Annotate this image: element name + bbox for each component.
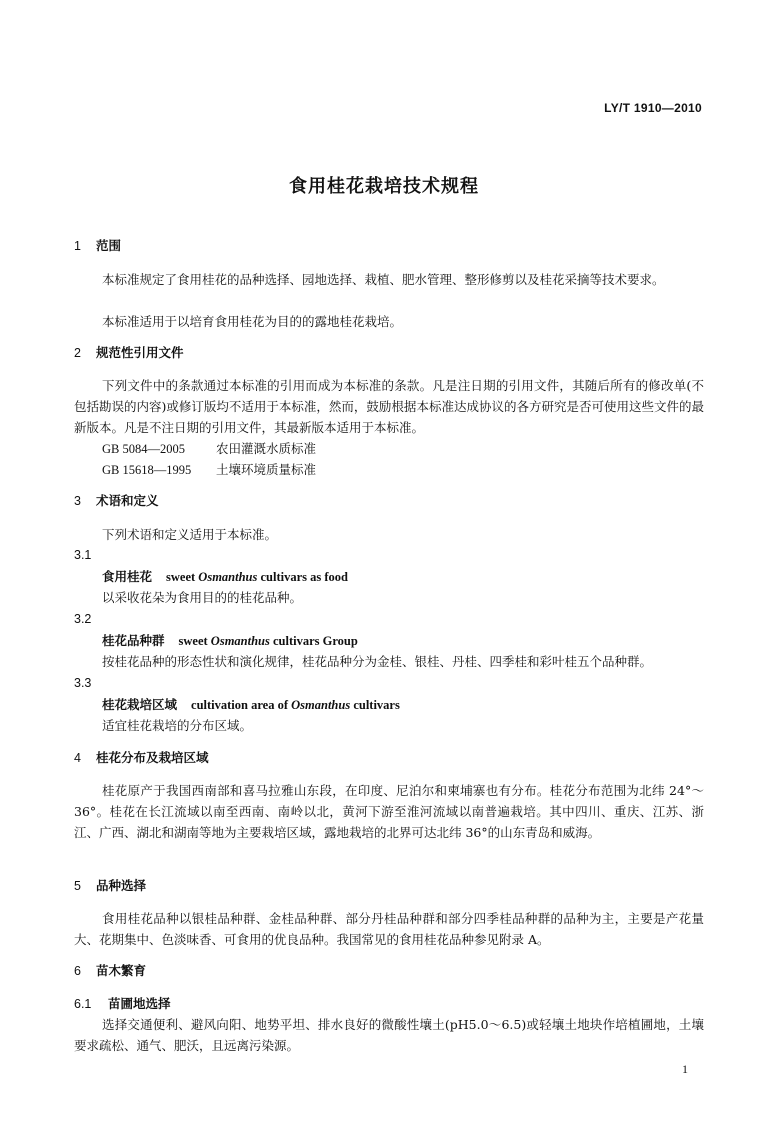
section-number: 4: [74, 748, 96, 769]
reference-code: GB 15618—1995: [102, 460, 216, 481]
section-title: 范围: [96, 238, 121, 253]
term-number: 3.3: [74, 673, 704, 694]
term-heading: 桂花栽培区域cultivation area of Osmanthus cult…: [74, 694, 732, 716]
term-definition: 按桂花品种的形态性状和演化规律，桂花品种分为金桂、银桂、丹桂、四季桂和彩叶桂五个…: [74, 651, 732, 672]
document-page: LY/T 1910—2010 食用桂花栽培技术规程 1范围 本标准规定了食用桂花…: [0, 0, 768, 1122]
term-en-text: cultivars: [350, 698, 400, 712]
section-title: 桂花分布及栽培区域: [96, 750, 209, 765]
section-number: 2: [74, 343, 96, 364]
reference-item: GB 5084—2005农田灌溉水质标准: [74, 438, 732, 460]
section-number: 5: [74, 876, 96, 897]
section-1-heading: 1范围: [74, 235, 704, 257]
subsection-6-1-heading: 6.1苗圃地选择: [74, 993, 704, 1015]
section-number: 3: [74, 491, 96, 512]
section-1-paragraph-2: 本标准适用于以培育食用桂花为目的的露地桂花栽培。: [74, 311, 704, 332]
page-number: 1: [682, 1062, 688, 1077]
term-en: cultivation area of Osmanthus cultivars: [191, 698, 400, 712]
term-en-text: cultivars as food: [257, 570, 348, 584]
term-zh: 桂花栽培区域: [102, 697, 177, 712]
section-5-paragraph-1: 食用桂花品种以银桂品种群、金桂品种群、部分丹桂品种群和部分四季桂品种群的品种为主…: [74, 908, 704, 950]
term-en-text: sweet: [179, 634, 211, 648]
section-4-heading: 4桂花分布及栽培区域: [74, 747, 704, 769]
section-title: 规范性引用文件: [96, 345, 184, 360]
section-3-heading: 3术语和定义: [74, 490, 704, 512]
section-title: 品种选择: [96, 878, 146, 893]
term-en: sweet Osmanthus cultivars as food: [166, 570, 348, 584]
reference-name: 土壤环境质量标准: [216, 462, 316, 477]
section-title: 苗木繁育: [96, 963, 146, 978]
section-5-heading: 5品种选择: [74, 875, 704, 897]
term-en-text: cultivation area of: [191, 698, 291, 712]
term-number: 3.2: [74, 609, 704, 630]
section-2-paragraph-1: 下列文件中的条款通过本标准的引用而成为本标准的条款。凡是注日期的引用文件，其随后…: [74, 375, 704, 438]
reference-item: GB 15618—1995土壤环境质量标准: [74, 459, 732, 481]
term-heading: 桂花品种群sweet Osmanthus cultivars Group: [74, 630, 732, 652]
section-4-paragraph-1: 桂花原产于我国西南部和喜马拉雅山东段，在印度、尼泊尔和柬埔寨也有分布。桂花分布范…: [74, 780, 704, 843]
section-title: 术语和定义: [96, 493, 159, 508]
section-6-heading: 6苗木繁育: [74, 960, 704, 982]
reference-code: GB 5084—2005: [102, 439, 216, 460]
section-1-paragraph-1: 本标准规定了食用桂花的品种选择、园地选择、栽植、肥水管理、整形修剪以及桂花采摘等…: [74, 269, 704, 290]
term-en-italic: Osmanthus: [211, 634, 270, 648]
term-zh: 食用桂花: [102, 569, 152, 584]
document-title: 食用桂花栽培技术规程: [0, 172, 768, 198]
subsection-number: 6.1: [74, 994, 108, 1015]
term-en-italic: Osmanthus: [291, 698, 350, 712]
term-zh: 桂花品种群: [102, 633, 165, 648]
term-number: 3.1: [74, 545, 704, 566]
section-2-heading: 2规范性引用文件: [74, 342, 704, 364]
term-en: sweet Osmanthus cultivars Group: [179, 634, 358, 648]
subsection-title: 苗圃地选择: [108, 996, 171, 1011]
reference-name: 农田灌溉水质标准: [216, 441, 316, 456]
section-3-paragraph-1: 下列术语和定义适用于本标准。: [74, 524, 732, 545]
term-heading: 食用桂花sweet Osmanthus cultivars as food: [74, 566, 732, 588]
standard-code: LY/T 1910—2010: [604, 101, 702, 115]
term-en-text: cultivars Group: [270, 634, 358, 648]
section-number: 1: [74, 236, 96, 257]
section-number: 6: [74, 961, 96, 982]
subsection-6-1-paragraph-1: 选择交通便利、避风向阳、地势平坦、排水良好的微酸性壤土(pH5.0～6.5)或轻…: [74, 1014, 704, 1056]
term-definition: 以采收花朵为食用目的的桂花品种。: [74, 587, 732, 608]
term-definition: 适宜桂花栽培的分布区域。: [74, 715, 732, 736]
term-en-text: sweet: [166, 570, 198, 584]
term-en-italic: Osmanthus: [198, 570, 257, 584]
